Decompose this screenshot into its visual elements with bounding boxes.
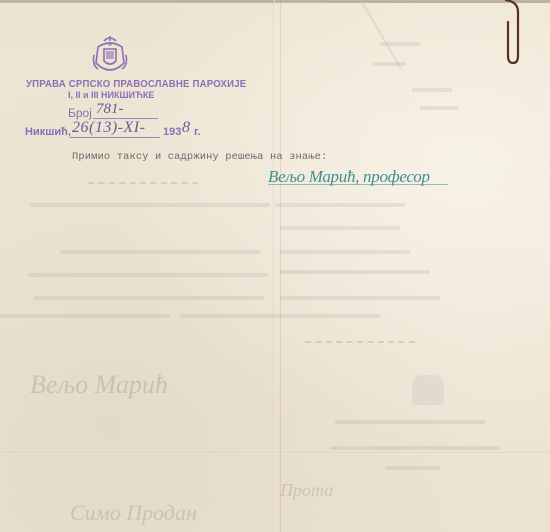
bleed-through-signature: Симо Продан (70, 500, 197, 526)
bleed-through-line (28, 273, 268, 277)
paper-top-edge (0, 0, 550, 3)
stamp-year-prefix: 193 (163, 126, 181, 138)
document-date-value: 26(13)-XI- (72, 119, 145, 137)
document-page: Вељо Марић Симо Продан Прота УПРАВА СРПС… (0, 0, 550, 532)
bleed-through-line (275, 203, 405, 207)
bleed-through-line (335, 420, 485, 424)
bleed-through-line (280, 270, 430, 274)
coat-of-arms-crest-icon (90, 35, 130, 77)
stamp-parish-title: УПРАВА СРПСКО ПРАВОСЛАВНЕ ПАРОХИЈЕ (26, 79, 246, 91)
bleed-through-line (180, 314, 380, 318)
bleed-through-crest (412, 375, 444, 405)
bleed-through-line (372, 62, 406, 66)
bleed-through-line (280, 296, 440, 300)
stamp-year-suffix: г. (194, 126, 201, 138)
typed-acknowledgement: Примио таксу и садржину решења на знање: (72, 151, 327, 163)
bleed-through-line (280, 250, 410, 254)
bleed-through-signature: Вељо Марић (30, 370, 168, 400)
bleed-through-line (0, 314, 170, 318)
bleed-through-line (385, 466, 440, 470)
bleed-through-line (280, 226, 400, 230)
bleed-through-dashes (88, 182, 198, 186)
signature-underline (268, 184, 448, 185)
paper-crease (360, 0, 402, 69)
bleed-through-line (60, 250, 260, 254)
paperclip-icon (502, 0, 522, 66)
bleed-through-signature: Прота (280, 480, 333, 501)
bleed-through-line (412, 88, 452, 92)
stamp-number-label: Број (68, 106, 92, 120)
bleed-through-line (34, 296, 264, 300)
bleed-through-line (420, 106, 458, 110)
stamp-place-label: Никшић, (25, 126, 71, 138)
bleed-through-dashes (305, 341, 415, 345)
bleed-through-line (380, 42, 420, 46)
bleed-through-line (30, 203, 270, 207)
date-underline (70, 137, 160, 138)
year-handwritten-digit: 8 (182, 119, 190, 137)
bleed-through-line (330, 446, 500, 450)
document-number-value: 781- (96, 101, 124, 118)
horizontal-fold-line (0, 452, 550, 454)
stamp-parish-subtitle: I, II и III НИКШИЋКЕ (68, 90, 154, 100)
